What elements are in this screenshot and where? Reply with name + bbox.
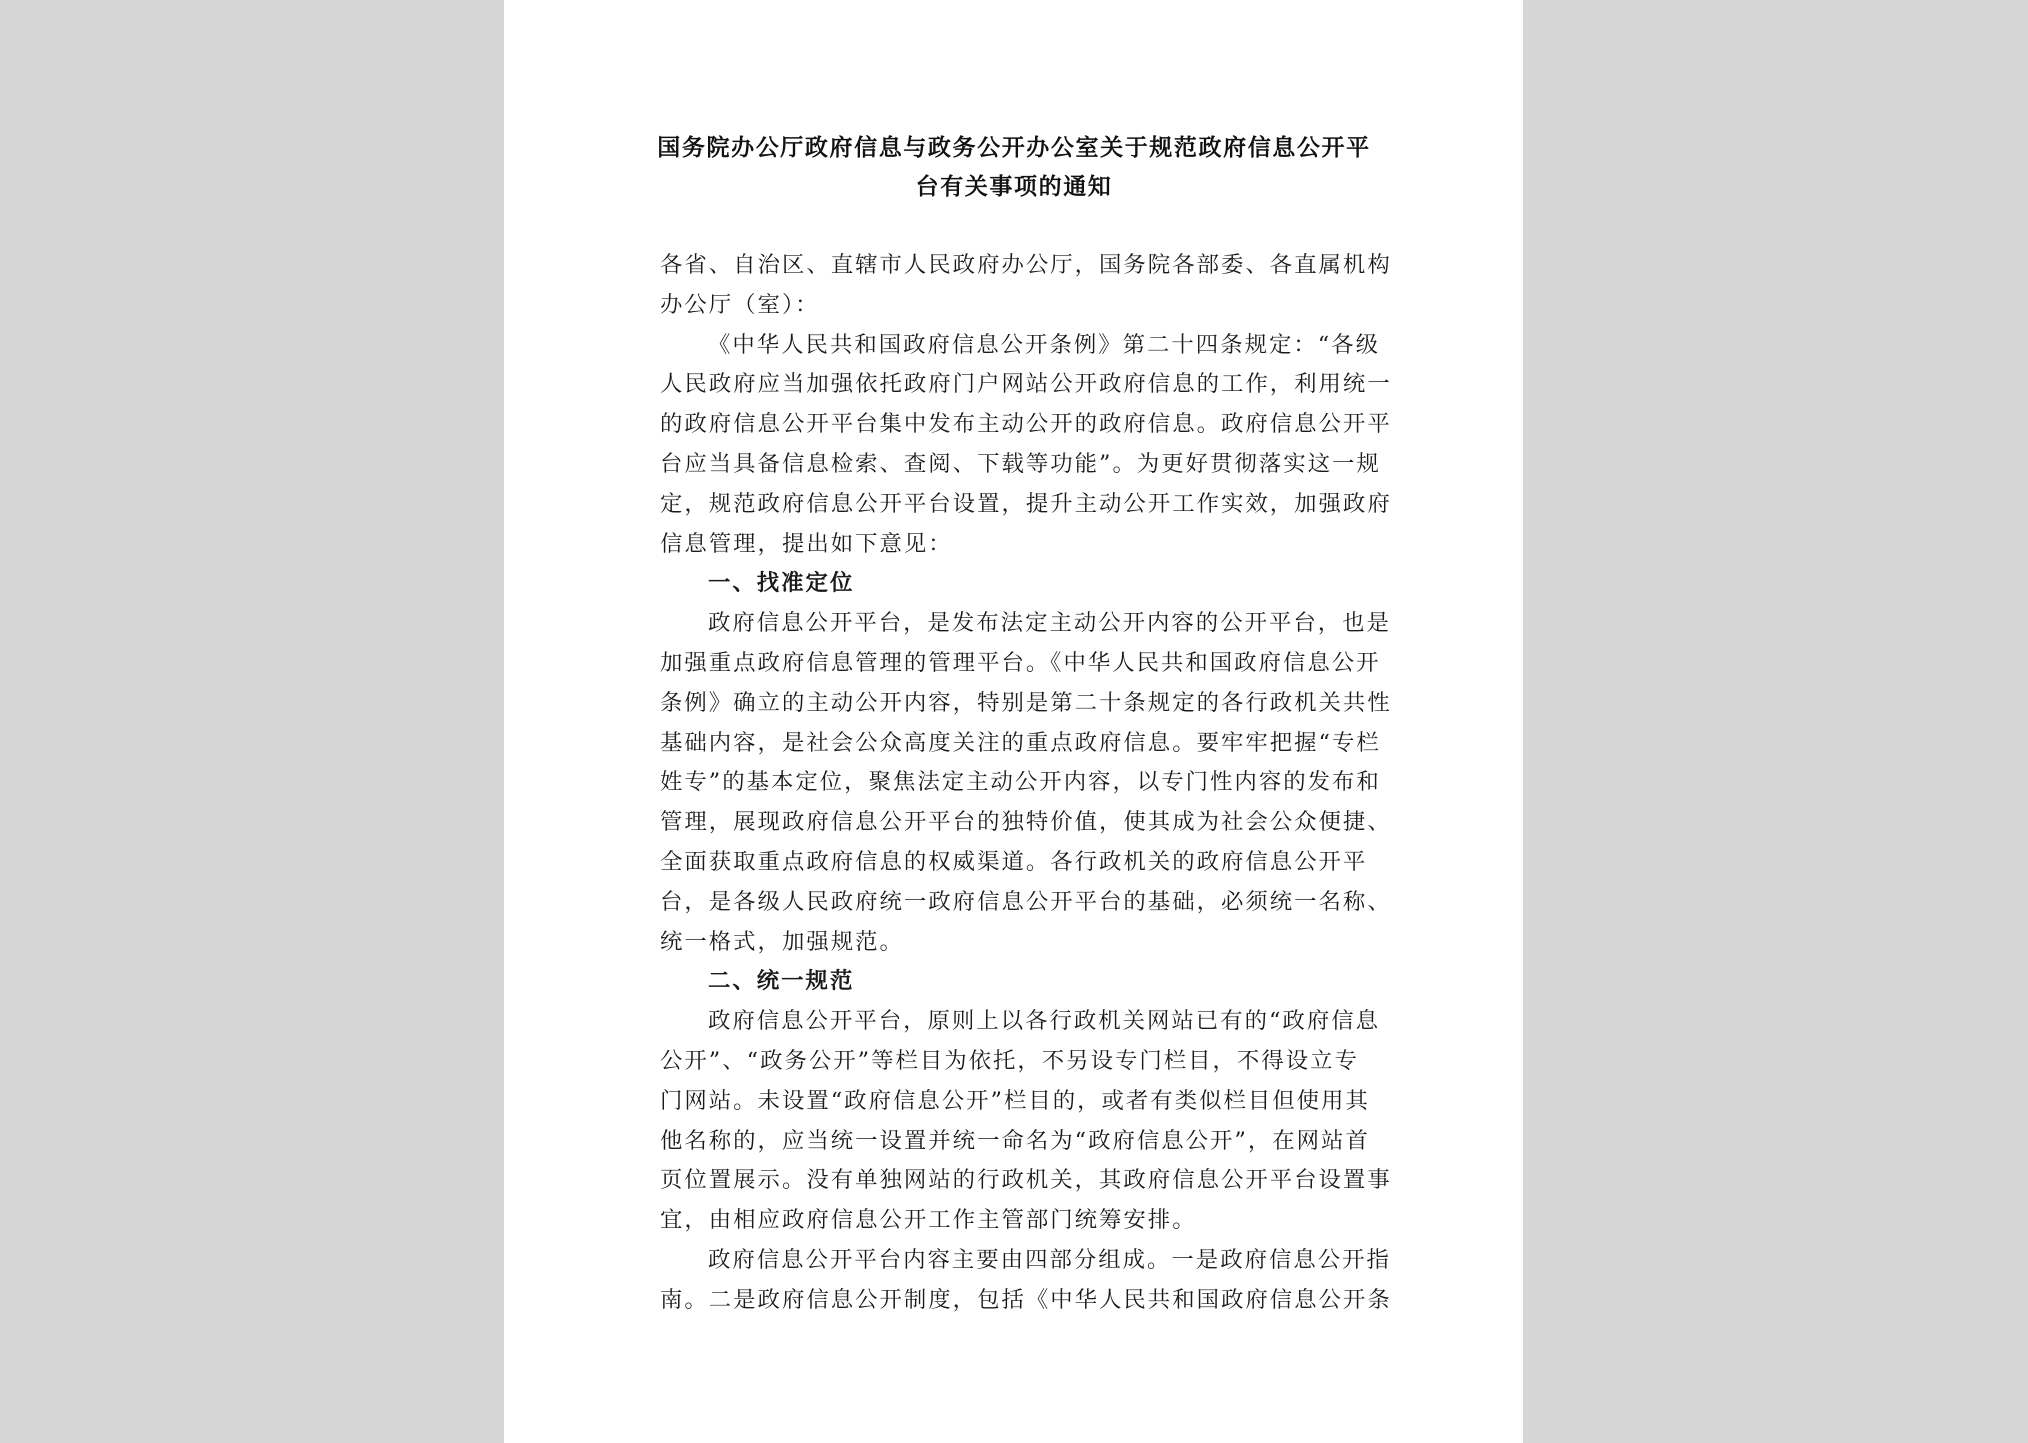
paragraph-line: 定，规范政府信息公开平台设置，提升主动公开工作实效，加强政府 — [660, 485, 1380, 525]
paragraph-line: 姓专”的基本定位，聚焦法定主动公开内容，以专门性内容的发布和 — [660, 763, 1380, 803]
paragraph-line: 南。二是政府信息公开制度，包括《中华人民共和国政府信息公开条 — [660, 1281, 1380, 1321]
paragraph-line: 信息管理，提出如下意见： — [660, 525, 1380, 565]
paragraph-line: 统一格式，加强规范。 — [660, 923, 1380, 963]
paragraph-line: 人民政府应当加强依托政府门户网站公开政府信息的工作，利用统一 — [660, 365, 1380, 405]
title-line-2: 台有关事项的通知 — [654, 167, 1374, 206]
addressee-line: 办公厅（室）： — [660, 286, 1380, 326]
paragraph-line: 他名称的，应当统一设置并统一命名为“政府信息公开”，在网站首 — [660, 1122, 1380, 1162]
paragraph-line: 基础内容，是社会公众高度关注的重点政府信息。要牢牢把握“专栏 — [660, 724, 1380, 764]
paragraph-line: 《中华人民共和国政府信息公开条例》第二十四条规定：“各级 — [660, 326, 1380, 366]
document-title: 国务院办公厅政府信息与政务公开办公室关于规范政府信息公开平 台有关事项的通知 — [654, 128, 1374, 206]
paragraph-line: 加强重点政府信息管理的管理平台。《中华人民共和国政府信息公开 — [660, 644, 1380, 684]
paragraph-line: 门网站。未设置“政府信息公开”栏目的，或者有类似栏目但使用其 — [660, 1082, 1380, 1122]
paragraph-line: 政府信息公开平台，是发布法定主动公开内容的公开平台，也是 — [660, 604, 1380, 644]
paragraph-line: 的政府信息公开平台集中发布主动公开的政府信息。政府信息公开平 — [660, 405, 1380, 445]
paragraph-line: 宜，由相应政府信息公开工作主管部门统筹安排。 — [660, 1201, 1380, 1241]
paragraph-line: 页位置展示。没有单独网站的行政机关，其政府信息公开平台设置事 — [660, 1161, 1380, 1201]
document-body: 各省、自治区、直辖市人民政府办公厅，国务院各部委、各直属机构 办公厅（室）： 《… — [660, 246, 1380, 1321]
paragraph-line: 条例》确立的主动公开内容，特别是第二十条规定的各行政机关共性 — [660, 684, 1380, 724]
paragraph-line: 政府信息公开平台内容主要由四部分组成。一是政府信息公开指 — [660, 1241, 1380, 1281]
paragraph-line: 公开”、“政务公开”等栏目为依托，不另设专门栏目，不得设立专 — [660, 1042, 1380, 1082]
paragraph-line: 全面获取重点政府信息的权威渠道。各行政机关的政府信息公开平 — [660, 843, 1380, 883]
paragraph-line: 管理，展现政府信息公开平台的独特价值，使其成为社会公众便捷、 — [660, 803, 1380, 843]
paragraph-line: 台应当具备信息检索、查阅、下载等功能”。为更好贯彻落实这一规 — [660, 445, 1380, 485]
document-page: 国务院办公厅政府信息与政务公开办公室关于规范政府信息公开平 台有关事项的通知 各… — [504, 0, 1523, 1443]
title-line-1: 国务院办公厅政府信息与政务公开办公室关于规范政府信息公开平 — [654, 128, 1374, 167]
section-heading: 一、找准定位 — [660, 564, 1380, 604]
addressee-line: 各省、自治区、直辖市人民政府办公厅，国务院各部委、各直属机构 — [660, 246, 1380, 286]
section-heading: 二、统一规范 — [660, 962, 1380, 1002]
paragraph-line: 台，是各级人民政府统一政府信息公开平台的基础，必须统一名称、 — [660, 883, 1380, 923]
paragraph-line: 政府信息公开平台，原则上以各行政机关网站已有的“政府信息 — [660, 1002, 1380, 1042]
